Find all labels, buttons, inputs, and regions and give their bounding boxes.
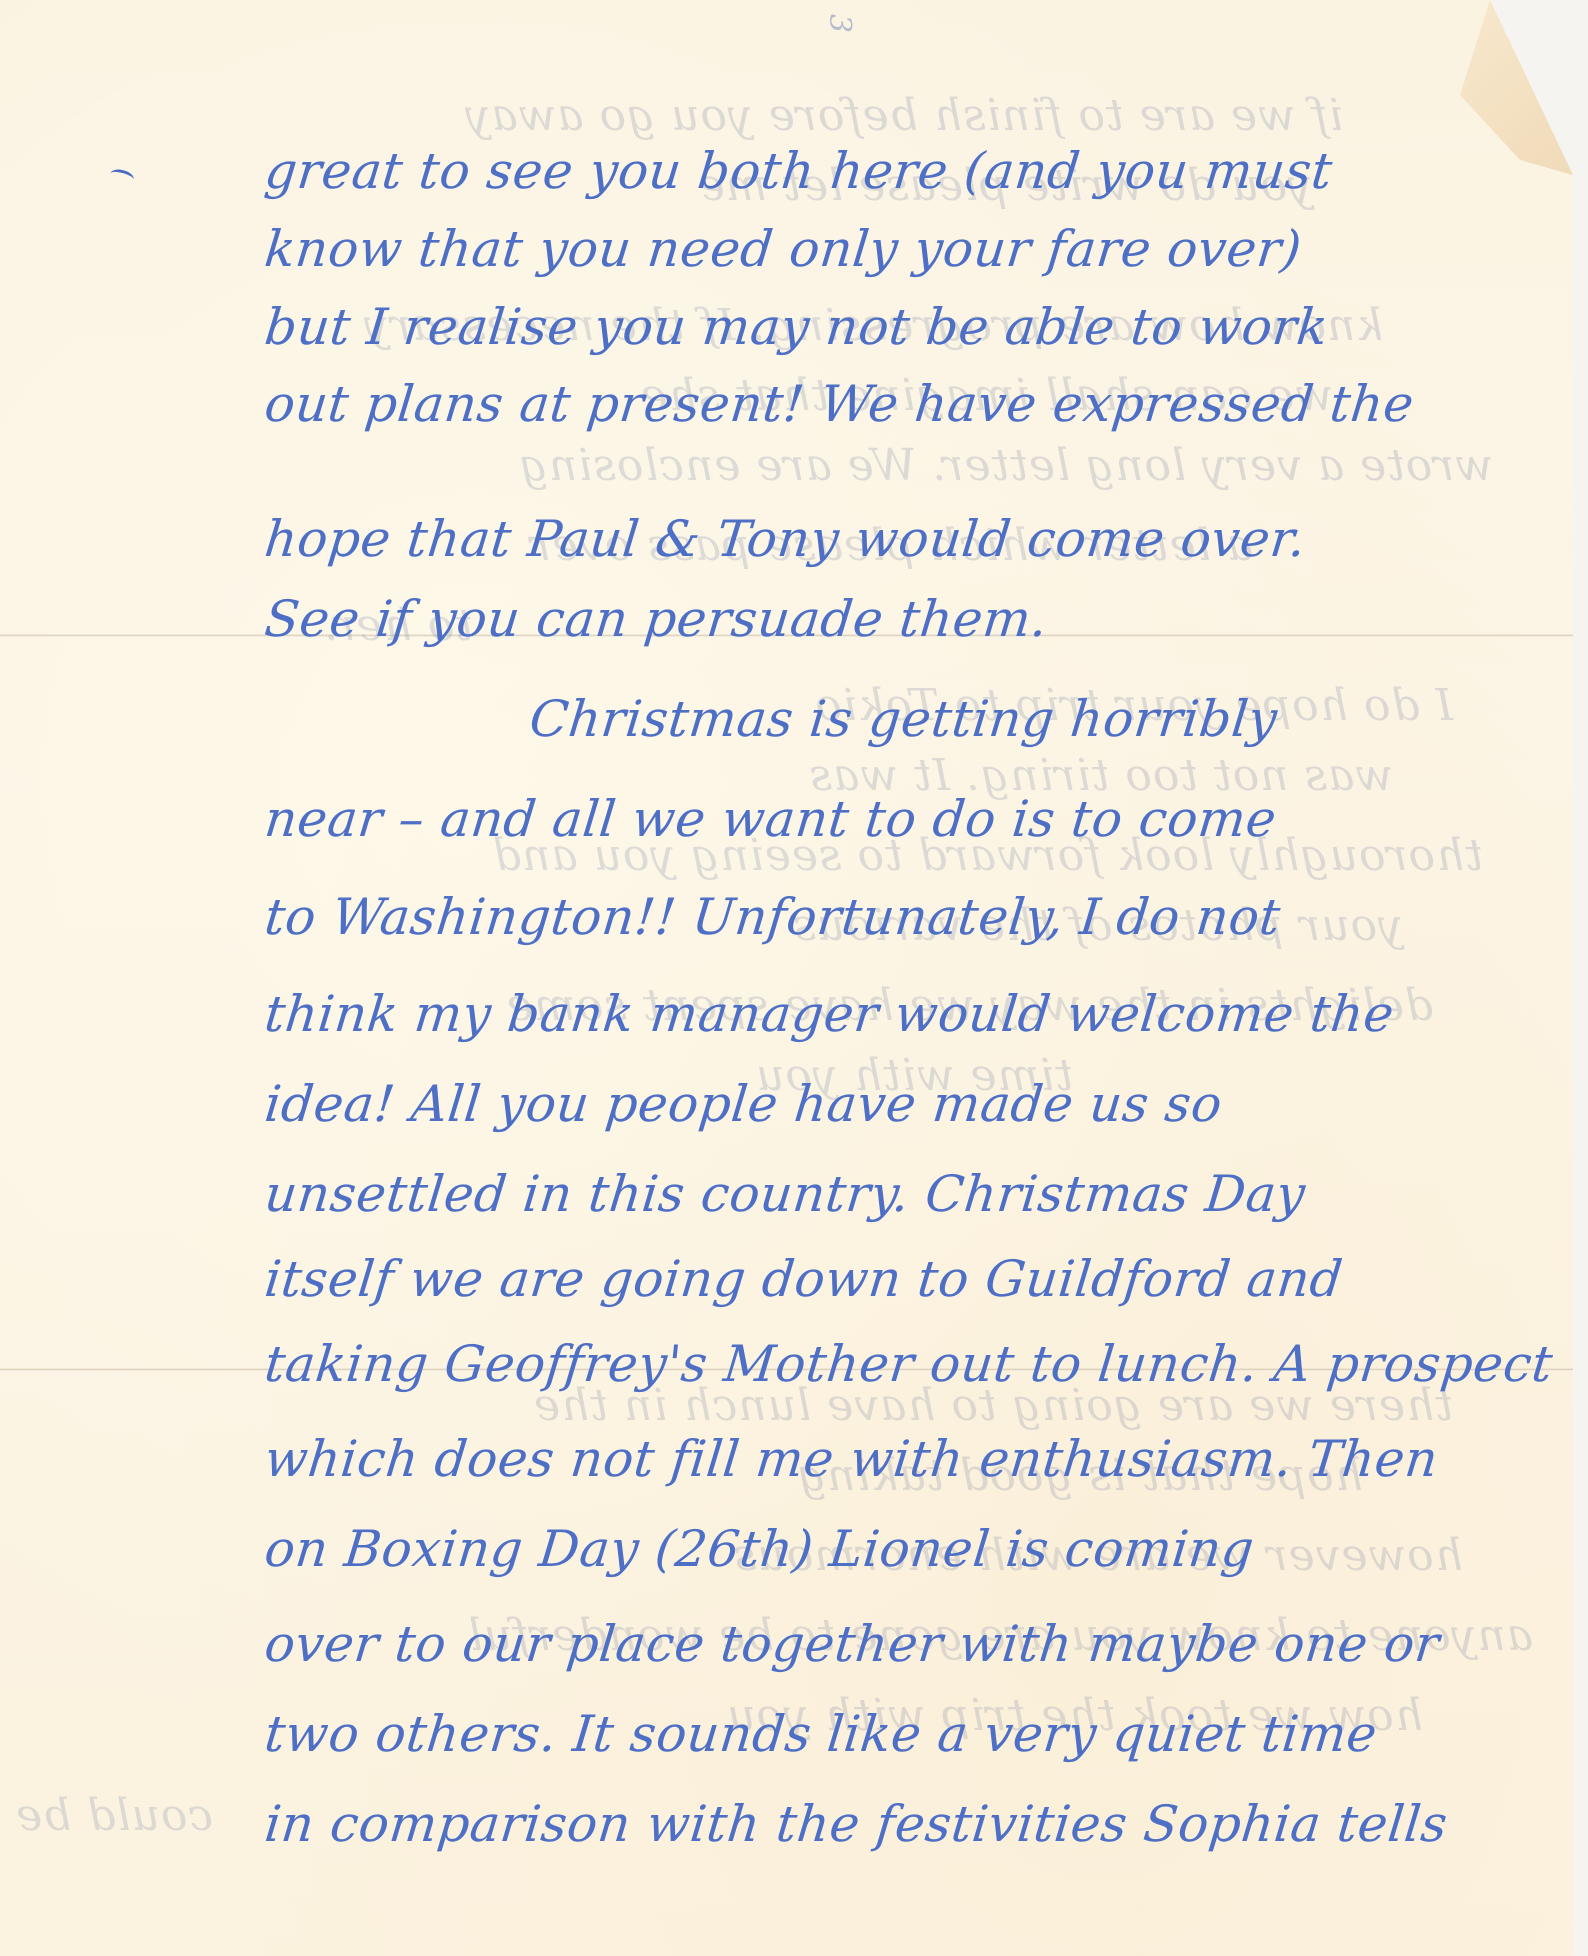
letter-line: unsettled in this country. Christmas Day (262, 1165, 1308, 1223)
letter-line: but I realise you may not be able to wor… (262, 298, 1331, 356)
letter-line: on Boxing Day (26th) Lionel is coming (262, 1520, 1257, 1578)
letter-line: itself we are going down to Guildford an… (262, 1250, 1346, 1308)
letter-line: over to our place together with maybe on… (262, 1615, 1443, 1673)
letter-line: in comparison with the festivities Sophi… (262, 1795, 1450, 1853)
letter-line: idea! All you people have made us so (262, 1075, 1225, 1133)
letter-line: think my bank manager would welcome the (262, 985, 1397, 1043)
letter-line: know that you need only your fare over) (262, 220, 1305, 278)
letter-line: out plans at present! We have expressed … (262, 375, 1417, 433)
letter-line: which does not fill me with enthusiasm. … (262, 1430, 1441, 1488)
letter-line-paragraph-start: Christmas is getting horribly (527, 690, 1280, 748)
handwritten-text: great to see you both here (and you must… (0, 0, 1573, 1956)
letter-line: hope that Paul & Tony would come over. (262, 510, 1309, 568)
letter-line: to Washington!! Unfortunately, I do not (262, 888, 1283, 946)
letter-line: near – and all we want to do is to come (262, 790, 1279, 848)
letter-line: See if you can persuade them. (262, 590, 1051, 648)
letter-scan: 3 if we are to finish before you go away… (0, 0, 1588, 1956)
letter-line: two others. It sounds like a very quiet … (262, 1705, 1380, 1763)
letter-line: great to see you both here (and you must (262, 142, 1335, 200)
letter-line: taking Geoffrey's Mother out to lunch. A… (262, 1335, 1556, 1393)
